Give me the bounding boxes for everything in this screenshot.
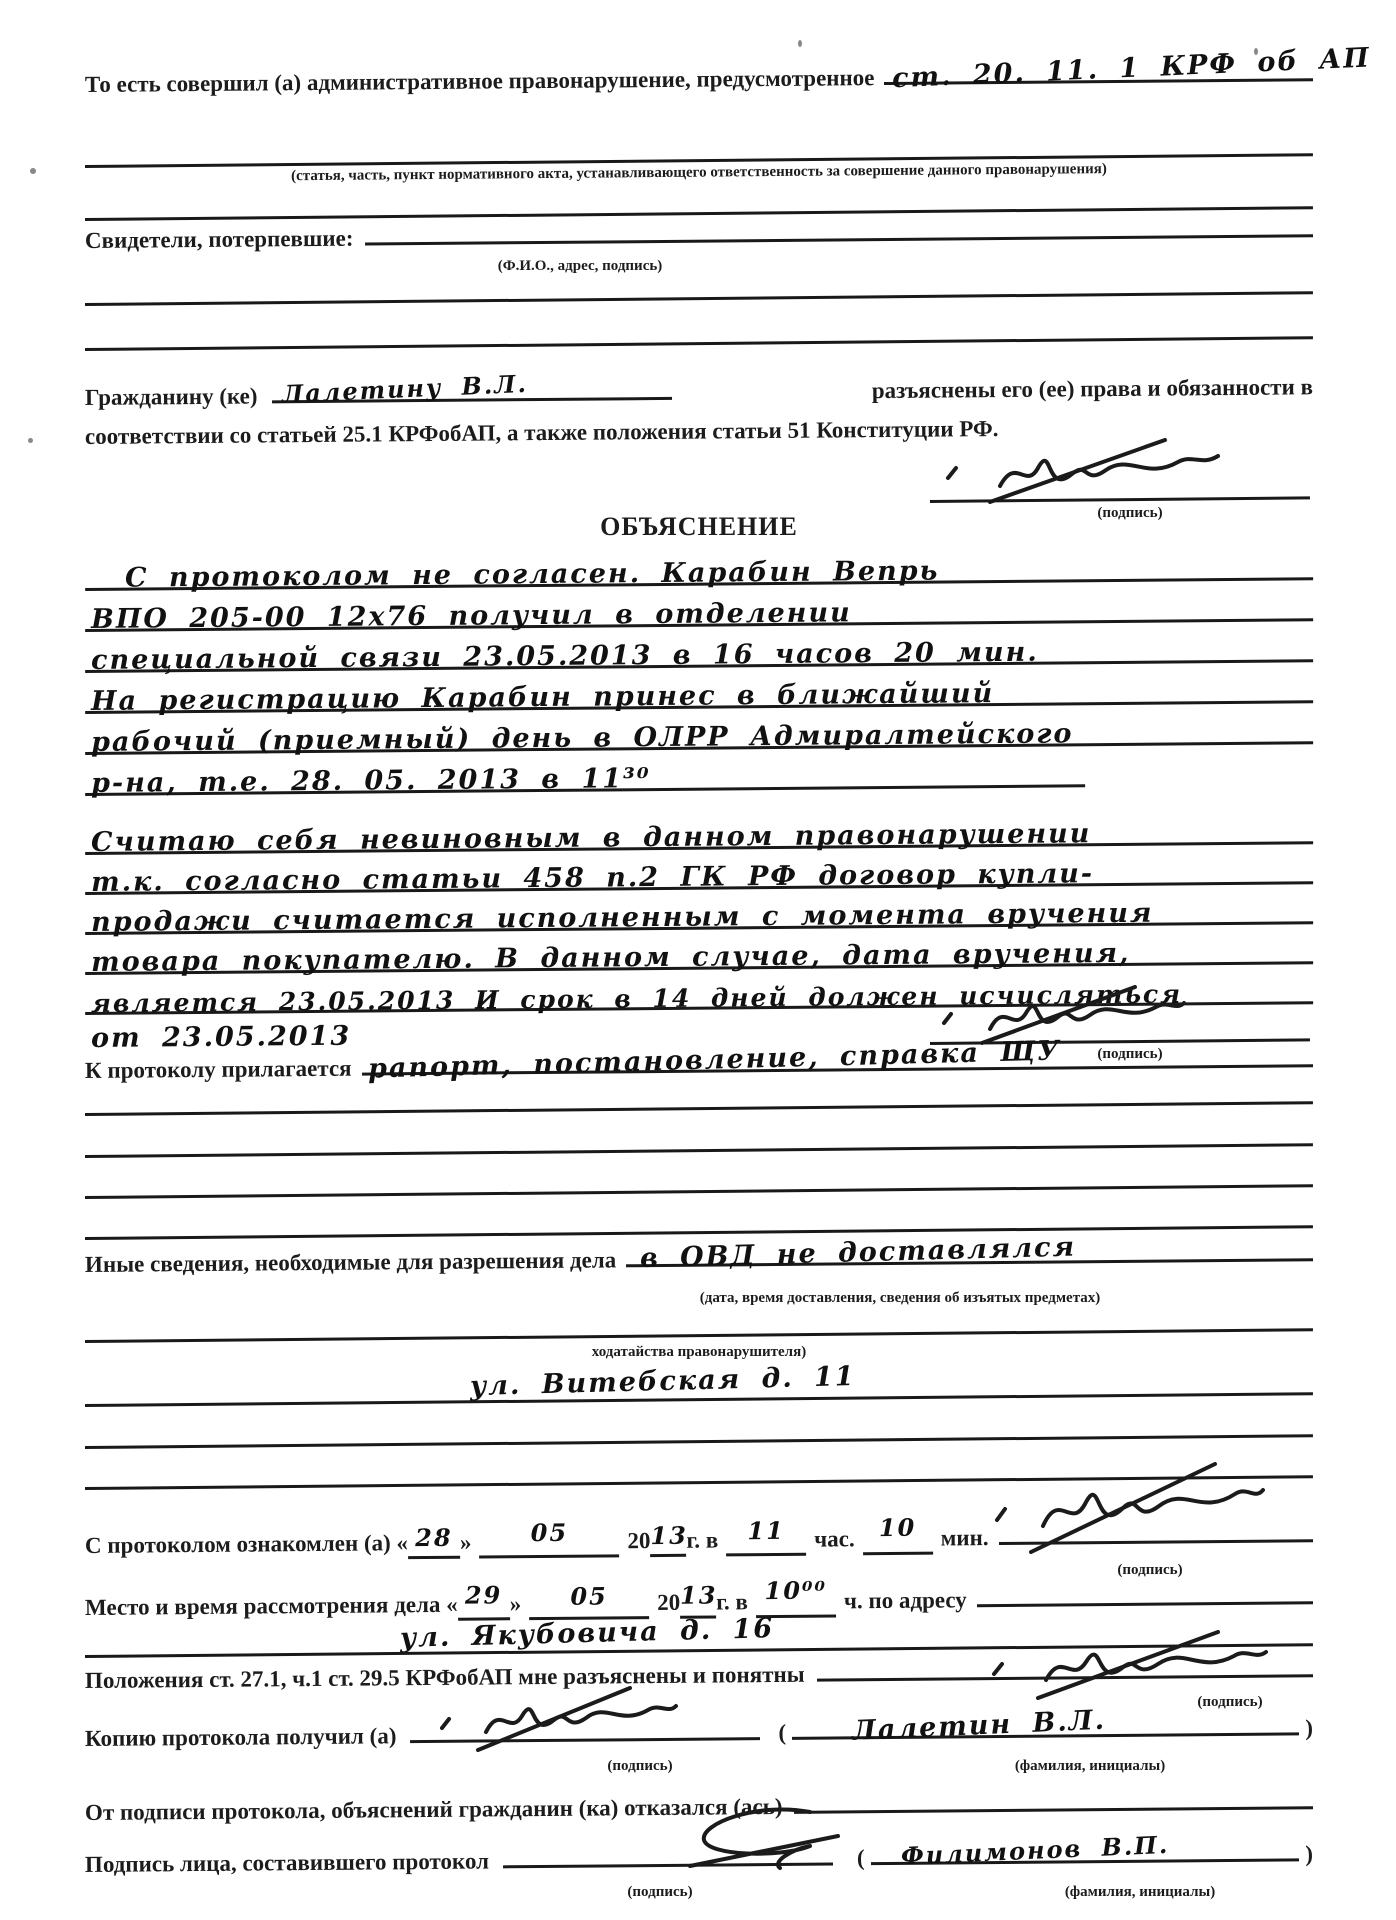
officer-name-caption: (фамилия, инициалы) — [1065, 1884, 1215, 1901]
rights-label-after: разъяснены его (ее) права и обязанности … — [872, 374, 1313, 404]
hearing-address-row: ул. Якубовича д. 16 — [400, 1618, 774, 1649]
officer-name-handwritten: Филимонов В.П. — [900, 1830, 1169, 1871]
witnesses-row: Свидетели, потерпевшие: — [85, 217, 1313, 254]
petition-caption-row: ходатайства правонарушителя) — [85, 1344, 1313, 1361]
attachments-label: К протоколу прилагается — [85, 1056, 352, 1085]
copy-name-caption-row: (фамилия, инициалы) — [950, 1758, 1230, 1775]
rule-line — [85, 1101, 1313, 1116]
petition-handwritten-value: ул. Витебская д. 11 — [470, 1361, 856, 1402]
witnesses-label: Свидетели, потерпевшие: — [85, 226, 354, 255]
acquainted-quote-close: » — [460, 1530, 472, 1557]
acquainted-label: С протоколом ознакомлен (а) « — [85, 1530, 408, 1559]
hearing-year-prefix: 20 — [657, 1590, 680, 1617]
acquainted-hour: 11 — [747, 1516, 785, 1545]
hearing-quote-close: » — [510, 1591, 522, 1618]
petition-value-row: ул. Витебская д. 11 — [470, 1366, 856, 1397]
officer-signature-icon — [660, 1806, 850, 1872]
hearing-month: 05 — [570, 1581, 608, 1610]
hearing-address-handwritten: ул. Якубовича д. 16 — [400, 1613, 775, 1654]
officer-signature-caption-row: (подпись) — [560, 1884, 760, 1901]
rights-label-before: Гражданину (ке) — [85, 383, 258, 411]
explanation-line: р-на, т.е. 28. 05. 2013 в 11³⁰ — [85, 744, 1085, 796]
acquainted-year: 13 — [650, 1521, 688, 1550]
copy-signature-caption-row: (подпись) — [540, 1758, 740, 1775]
acquainted-minute: 10 — [879, 1513, 917, 1542]
officer-paren-open: ( — [857, 1845, 865, 1872]
petition-caption: ходатайства правонарушителя) — [592, 1344, 806, 1361]
explanation-title: ОБЪЯСНЕНИЕ — [600, 512, 798, 542]
officer-signature-caption: (подпись) — [627, 1884, 692, 1901]
acquainted-after-year: г. в — [686, 1527, 718, 1554]
acquainted-month: 05 — [531, 1518, 569, 1547]
offense-handwritten-value: ст. 20. 11. 1 КРФ об АП — [892, 42, 1372, 94]
copy-label: Копию протокола получил (а) — [85, 1723, 397, 1752]
hearing-label: Место и время рассмотрения дела « — [85, 1592, 458, 1622]
copy-row: Копию протокола получил (а) ( Лалетин В.… — [85, 1715, 1313, 1752]
explanation-text: р-на, т.е. 28. 05. 2013 в 11³⁰ — [91, 763, 651, 799]
scan-artifact — [798, 40, 802, 47]
witnesses-caption: (Ф.И.О., адрес, подпись) — [498, 258, 663, 275]
rule-line — [85, 1143, 1313, 1158]
provisions-signature-caption-row: (подпись) — [1150, 1694, 1310, 1711]
other-info-caption-row: (дата, время доставления, сведения об из… — [560, 1290, 1240, 1307]
attachments-row: К протоколу прилагается рапорт, постанов… — [85, 1047, 1313, 1084]
officer-label: Подпись лица, составившего протокол — [85, 1848, 489, 1878]
witnesses-caption-row: (Ф.И.О., адрес, подпись) — [370, 258, 790, 275]
rights-line2: соответствии со статьей 25.1 КРФобАП, а … — [85, 416, 999, 450]
acquainted-minute-label: мин. — [941, 1525, 989, 1552]
scan-artifact — [28, 438, 33, 443]
scan-artifact — [30, 168, 36, 174]
offense-label: То есть совершил (а) административное пр… — [85, 65, 875, 98]
citizen-name-handwritten: Лалетину В.Л. — [281, 369, 528, 409]
acquainted-signature-caption: (подпись) — [1117, 1562, 1182, 1579]
citizen-signature-icon — [430, 1686, 680, 1752]
copy-name-handwritten: Лалетин В.Л. — [851, 1705, 1106, 1747]
acquainted-year-prefix: 20 — [627, 1528, 650, 1555]
other-info-caption: (дата, время доставления, сведения об из… — [700, 1290, 1101, 1307]
other-info-row: Иные сведения, необходимые для разрешени… — [85, 1241, 1313, 1278]
copy-paren-close: ) — [1305, 1715, 1313, 1742]
hearing-year: 13 — [680, 1580, 718, 1609]
copy-name-caption: (фамилия, инициалы) — [1015, 1758, 1165, 1775]
rule-line — [85, 1434, 1313, 1449]
offense-row: То есть совершил (а) административное пр… — [85, 61, 1313, 98]
provisions-signature-caption: (подпись) — [1197, 1694, 1262, 1711]
rights-row: Гражданину (ке) Лалетину В.Л. разъяснены… — [85, 374, 1313, 411]
citizen-signature-icon — [980, 1630, 1270, 1700]
other-info-label: Иные сведения, необходимые для разрешени… — [85, 1247, 616, 1278]
acquainted-signature-caption-row: (подпись) — [1060, 1562, 1240, 1579]
rule-line — [85, 336, 1313, 351]
scanned-protocol-page: То есть совершил (а) административное пр… — [0, 0, 1396, 1920]
hearing-after-year: г. в — [716, 1589, 748, 1616]
hearing-after-hour: ч. по адресу — [844, 1587, 967, 1615]
rule-line — [85, 1328, 1313, 1343]
rule-line — [85, 1225, 1313, 1240]
other-info-handwritten-value: в ОВД не доставлялся — [640, 1232, 1077, 1274]
explanation-text: от 23.05.2013 — [91, 1021, 351, 1054]
officer-paren-close: ) — [1305, 1841, 1313, 1868]
copy-paren-open: ( — [778, 1720, 786, 1747]
hearing-hour: 10⁰⁰ — [764, 1576, 827, 1606]
rule-line — [85, 291, 1313, 306]
citizen-signature-icon — [985, 1462, 1265, 1554]
rule-line — [85, 1184, 1313, 1199]
acquainted-day: 28 — [415, 1523, 453, 1552]
citizen-signature-icon — [930, 438, 1230, 504]
explanation-title-row: ОБЪЯСНЕНИЕ — [85, 512, 1313, 542]
acquainted-hour-label: час. — [814, 1526, 855, 1553]
officer-name-caption-row: (фамилия, инициалы) — [1000, 1884, 1280, 1901]
hearing-day: 29 — [465, 1580, 503, 1609]
copy-signature-caption: (подпись) — [607, 1758, 672, 1775]
